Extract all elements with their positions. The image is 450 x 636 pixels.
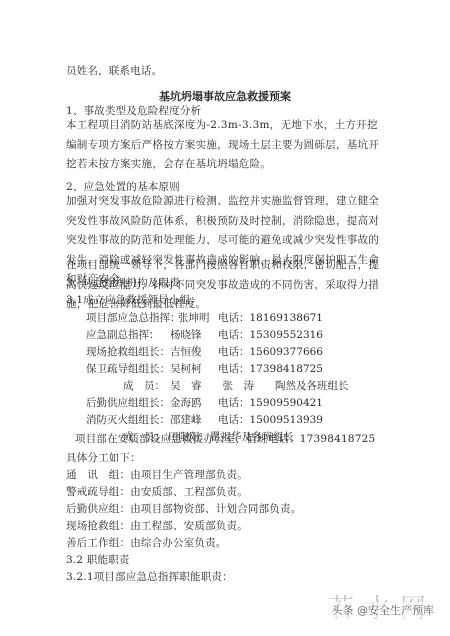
leader-name: 吉恒俊: [170, 344, 202, 359]
division-item: 警戒疏导组：由安质部、工程部负责。: [66, 485, 248, 499]
leader-role: 保卫疏导组组长：: [86, 361, 170, 376]
leader-name: 吴柯柯: [170, 361, 202, 376]
leader-name: 张坤明: [178, 310, 210, 325]
leader-name: 金海鸥: [170, 395, 202, 410]
leader-role: 应急副总指挥：: [86, 327, 160, 342]
watermark: 若水网 头条 @安全生产预库: [276, 588, 436, 628]
leader-name: 杨晓锋: [170, 327, 202, 342]
members-label: 成 员：: [123, 378, 165, 393]
leader-phone: 电话：17398418725: [218, 361, 323, 376]
leader-role: 后勤供应组组长：: [86, 395, 170, 410]
leader-phone: 电话：15909590421: [218, 395, 323, 410]
document-title: 基坑坍塌事故应急救援预案: [0, 88, 450, 104]
section3-heading: 3、应急组织机构及职责: [66, 276, 180, 290]
section31-heading: 3.1成立应急救援领导小组：: [66, 293, 201, 307]
division-item: 善后工作组：由综合办公室负责。: [66, 536, 227, 550]
leader-name: 邵建峰: [170, 412, 202, 427]
leader-phone: 电话：15009513939: [218, 412, 323, 427]
section321-heading: 3.2.1项目部应急总指挥职能职责：: [66, 570, 233, 584]
division-item: 后勤供应组：由项目部物资部、计划合同部负责。: [66, 502, 301, 516]
division-heading: 具体分工如下：: [66, 451, 141, 465]
division-item: 通 讯 组：由项目生产管理部负责。: [66, 468, 248, 482]
document-page: 员姓名，联系电话。 基坑坍塌事故应急救援预案 1、事故类型及危险程度分析 本工程…: [0, 0, 450, 636]
office-line: 项目部在安质部设应急救援办公室，值班电话：17398418725: [75, 432, 375, 446]
leader-role: 消防灭火组组长：: [86, 412, 170, 427]
leader-role: 现场抢救组组长：: [86, 344, 170, 359]
division-item: 现场抢救组：由工程部、安质部负责。: [66, 519, 248, 533]
section1-body: 本工程项目消防站基底深度为-2.3m-3.3m，无地下水，土方开挖编制专项方案后…: [66, 116, 388, 175]
leader-phone: 电话：15309552316: [218, 327, 323, 342]
members-names: 吴 睿 张 涛 陶然及各班组长: [170, 378, 349, 393]
leader-phone: 电话：15609377666: [218, 344, 323, 359]
leader-role: 项目部应急总指挥：: [86, 310, 181, 325]
watermark-source: 头条 @安全生产预库: [330, 602, 437, 618]
leader-phone: 电话：18169138671: [218, 310, 323, 325]
section32-heading: 3.2 职能职责: [66, 553, 130, 567]
top-line: 员姓名，联系电话。: [66, 64, 162, 78]
